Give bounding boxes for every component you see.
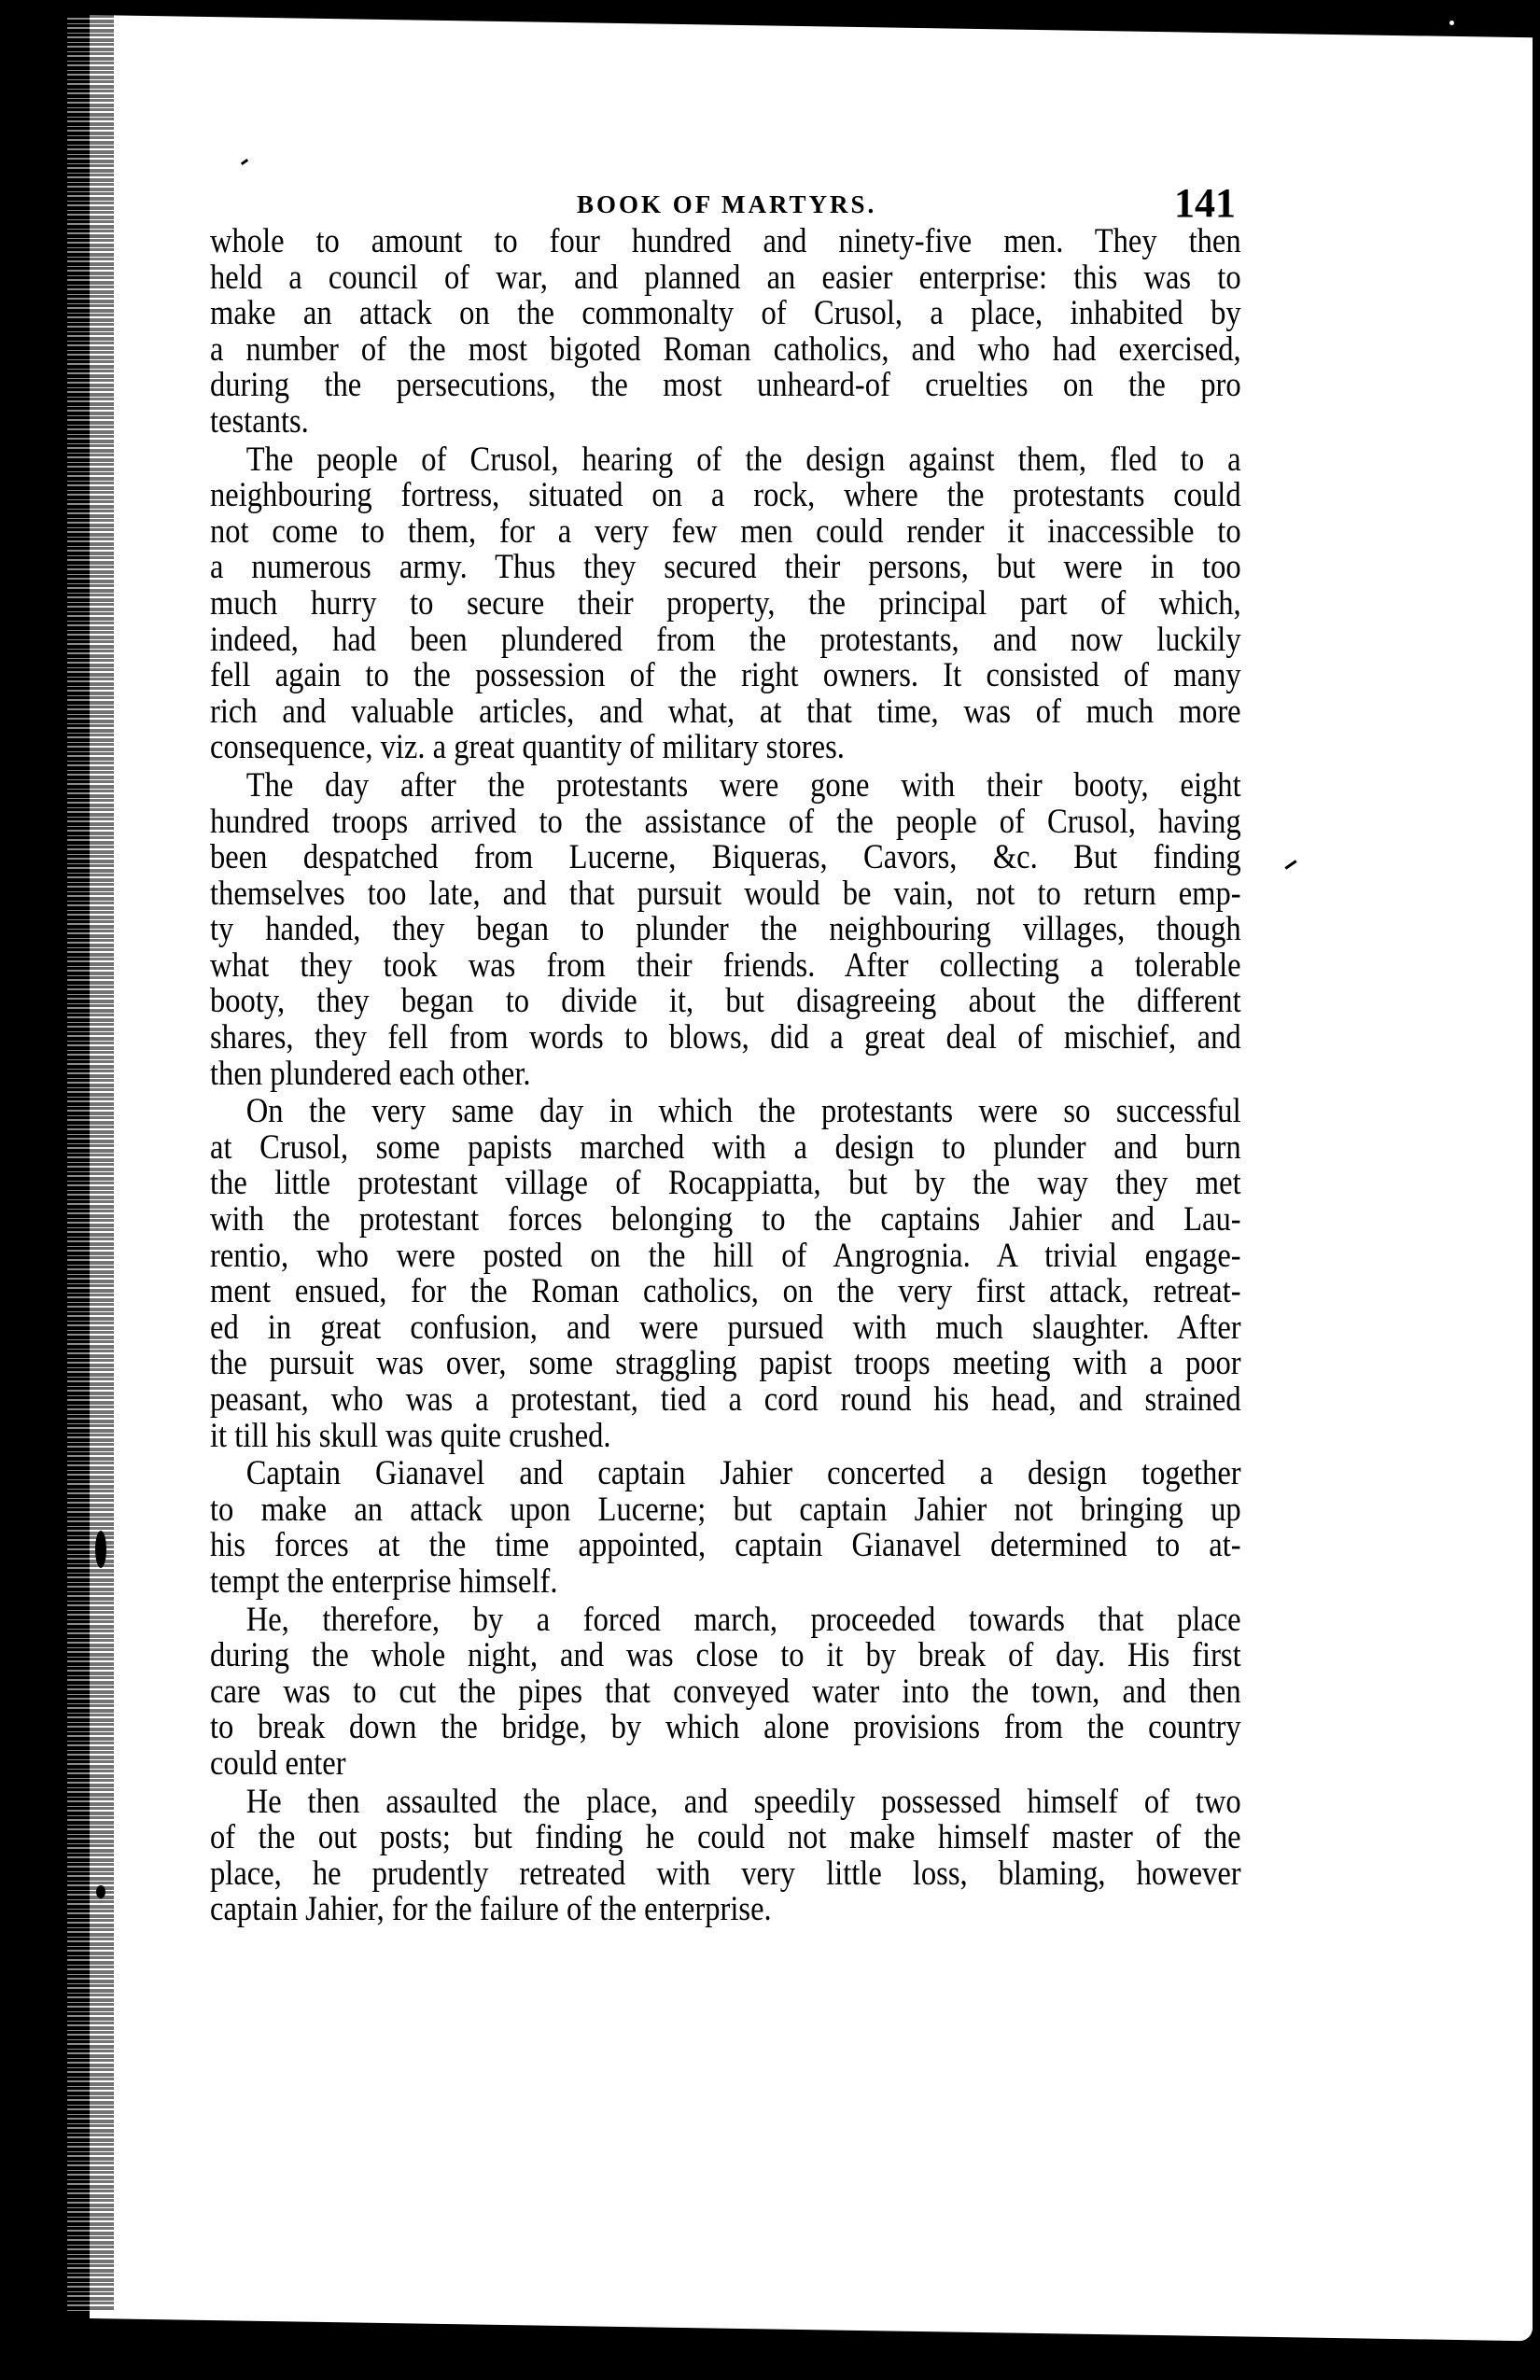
text-line: it till his skull was quite crushed.: [210, 1419, 1241, 1455]
text-line: testants.: [210, 404, 1241, 441]
text-line: with the protestant forces belonging to …: [210, 1202, 1241, 1239]
text-line: He, therefore, by a forced march, procee…: [210, 1603, 1241, 1639]
paragraph: The day after the protestants were gone …: [210, 768, 1241, 1092]
text-line: booty, they began to divide it, but disa…: [210, 984, 1241, 1020]
text-line: during the whole night, and was close to…: [210, 1638, 1241, 1674]
page-number: 141: [1174, 179, 1236, 227]
paragraph: Captain Gianavel and captain Jahier conc…: [210, 1456, 1241, 1600]
paragraph: whole to amount to four hundred and nine…: [210, 224, 1241, 441]
text-line: themselves too late, and that pursuit wo…: [210, 876, 1241, 913]
text-line: a numerous army. Thus they secured their…: [210, 550, 1241, 586]
text-line: whole to amount to four hundred and nine…: [210, 224, 1241, 260]
text-line: peasant, who was a protestant, tied a co…: [210, 1382, 1241, 1419]
text-line: could enter: [210, 1746, 1241, 1783]
text-line: rich and valuable articles, and what, at…: [210, 694, 1241, 731]
text-line: neighbouring fortress, situated on a roc…: [210, 478, 1241, 514]
text-line: the little protestant village of Rocappi…: [210, 1166, 1241, 1202]
body-text: whole to amount to four hundred and nine…: [210, 224, 1241, 1930]
text-line: captain Jahier, for the failure of the e…: [210, 1892, 1241, 1928]
running-title: BOOK OF MARTYRS.: [577, 190, 876, 219]
text-line: tempt the enterprise himself.: [210, 1564, 1241, 1601]
text-line: care was to cut the pipes that conveyed …: [210, 1674, 1241, 1711]
text-line: of the out posts; but finding he could n…: [210, 1820, 1241, 1856]
text-line: Captain Gianavel and captain Jahier conc…: [210, 1456, 1241, 1492]
text-line: during the persecutions, the most unhear…: [210, 368, 1241, 404]
text-line: On the very same day in which the protes…: [210, 1094, 1241, 1130]
text-line: the pursuit was over, some straggling pa…: [210, 1346, 1241, 1382]
scan-speck: [1449, 21, 1454, 25]
text-line: much hurry to secure their property, the…: [210, 586, 1241, 623]
text-line: then plundered each other.: [210, 1057, 1241, 1093]
text-line: fell again to the possession of the righ…: [210, 658, 1241, 694]
paragraph: On the very same day in which the protes…: [210, 1094, 1241, 1454]
text-line: ed in great confusion, and were pursued …: [210, 1310, 1241, 1347]
text-line: He then assaulted the place, and speedil…: [210, 1785, 1241, 1821]
text-line: held a council of war, and planned an ea…: [210, 260, 1241, 297]
paragraph: The people of Crusol, hearing of the des…: [210, 442, 1241, 766]
text-line: hundred troops arrived to the assistance…: [210, 805, 1241, 841]
text-line: place, he prudently retreated with very …: [210, 1856, 1241, 1893]
text-line: consequence, viz. a great quantity of mi…: [210, 730, 1241, 766]
text-line: ment ensued, for the Roman catholics, on…: [210, 1274, 1241, 1310]
text-line: shares, they fell from words to blows, d…: [210, 1020, 1241, 1057]
text-line: at Crusol, some papists marched with a d…: [210, 1130, 1241, 1167]
text-line: not come to them, for a very few men cou…: [210, 514, 1241, 551]
text-line: his forces at the time appointed, captai…: [210, 1528, 1241, 1564]
text-line: make an attack on the commonalty of Crus…: [210, 296, 1241, 332]
text-line: indeed, had been plundered from the prot…: [210, 623, 1241, 659]
text-line: to break down the bridge, by which alone…: [210, 1710, 1241, 1746]
text-line: The day after the protestants were gone …: [210, 768, 1241, 805]
scan-speck: [95, 1531, 106, 1568]
scan-edge-shadow: [67, 15, 114, 2311]
scan-speck: [96, 1885, 105, 1898]
paragraph: He then assaulted the place, and speedil…: [210, 1785, 1241, 1928]
paragraph: He, therefore, by a forced march, procee…: [210, 1603, 1241, 1783]
text-line: a number of the most bigoted Roman catho…: [210, 332, 1241, 369]
text-line: rentio, who were posted on the hill of A…: [210, 1239, 1241, 1275]
text-line: what they took was from their friends. A…: [210, 948, 1241, 985]
text-line: to make an attack upon Lucerne; but capt…: [210, 1492, 1241, 1529]
text-line: The people of Crusol, hearing of the des…: [210, 442, 1241, 479]
text-line: ty handed, they began to plunder the nei…: [210, 912, 1241, 948]
text-line: been despatched from Lucerne, Biqueras, …: [210, 840, 1241, 876]
